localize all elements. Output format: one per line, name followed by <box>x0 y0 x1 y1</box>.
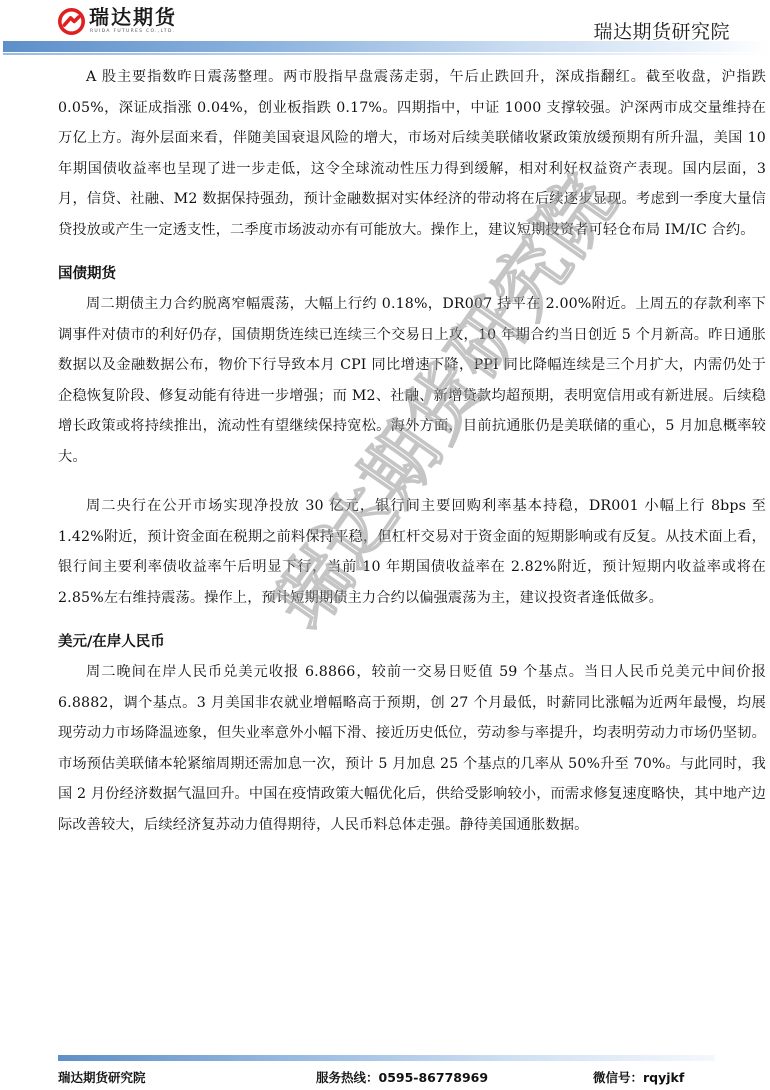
section-usd-cny: 美元/在岸人民币 周二晚间在岸人民币兑美元收报 6.8866，较前一交易日贬值 … <box>58 627 766 840</box>
paragraph: 周二期债主力合约脱离窄幅震荡，大幅上行约 0.18%，DR007 持平在 2.0… <box>58 289 766 472</box>
paragraph: 周二晚间在岸人民币兑美元收报 6.8866，较前一交易日贬值 59 个基点。当日… <box>58 657 766 840</box>
company-logo: 瑞达期货 RUIDA FUTURES CO.,LTD. <box>58 6 177 35</box>
footer-divider-bar <box>58 1055 715 1061</box>
section-stock-index: A 股主要指数昨日震荡整理。两市股指早盘震荡走弱，午后止跌回升，深成指翻红。截至… <box>58 62 766 245</box>
section-treasury-futures: 国债期货 周二期债主力合约脱离窄幅震荡，大幅上行约 0.18%，DR007 持平… <box>58 259 766 613</box>
paragraph: A 股主要指数昨日震荡整理。两市股指早盘震荡走弱，午后止跌回升，深成指翻红。截至… <box>58 62 766 245</box>
footer-wechat: 微信号：rqyjkf <box>593 1068 684 1086</box>
page-header: 瑞达期货 RUIDA FUTURES CO.,LTD. 瑞达期货研究院 <box>0 0 770 58</box>
header-divider-bar <box>3 41 770 52</box>
report-body: A 股主要指数昨日震荡整理。两市股指早盘震荡走弱，午后止跌回升，深成指翻红。截至… <box>58 62 766 840</box>
ruida-logo-icon <box>58 8 85 35</box>
header-divider-line <box>3 53 770 55</box>
paragraph: 周二央行在公开市场实现净投放 30 亿元，银行间主要回购利率基本持稳，DR001… <box>58 491 766 613</box>
header-title: 瑞达期货研究院 <box>593 17 730 44</box>
footer-hotline: 服务热线：0595-86778969 <box>316 1068 488 1086</box>
section-title: 美元/在岸人民币 <box>58 627 766 657</box>
footer-org: 瑞达期货研究院 <box>58 1068 146 1086</box>
logo-name-en: RUIDA FUTURES CO.,LTD. <box>90 28 177 35</box>
logo-name-cn: 瑞达期货 <box>89 6 177 28</box>
section-title: 国债期货 <box>58 259 766 289</box>
page-footer: 瑞达期货研究院 服务热线：0595-86778969 微信号：rqyjkf <box>58 1068 708 1088</box>
